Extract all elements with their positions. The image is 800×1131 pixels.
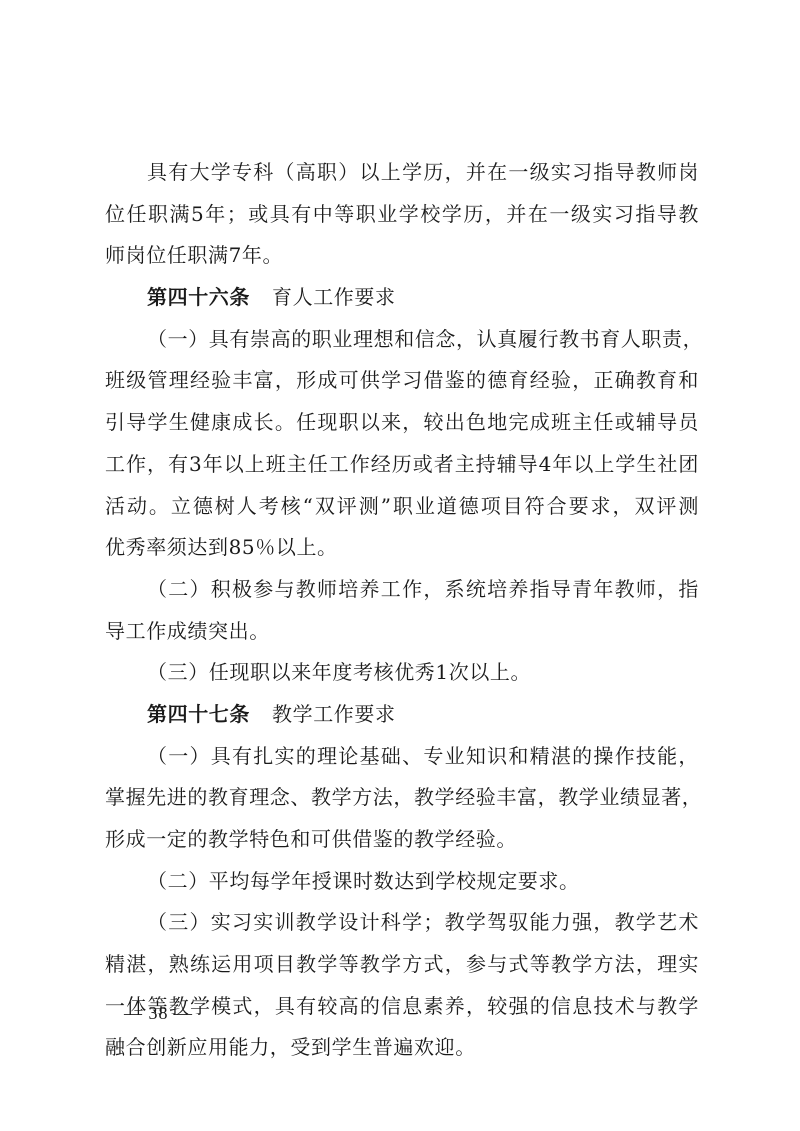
paragraph-line: 形成一定的教学特色和可供借鉴的教学经验。 xyxy=(105,819,699,861)
paragraph-line: 引导学生健康成长。任现职以来，较出色地完成班主任或辅导员 xyxy=(105,402,699,444)
paragraph-line: 活动。立德树人考核“双评测”职业道德项目符合要求，双评测 xyxy=(105,486,699,528)
article-number: 第四十六条 xyxy=(147,285,250,309)
article-heading: 第四十七条教学工作要求 xyxy=(105,694,699,736)
paragraph-line: 导工作成绩突出。 xyxy=(105,611,699,653)
paragraph-line: 一体等教学模式，具有较高的信息素养，较强的信息技术与教学 xyxy=(105,986,699,1028)
paragraph-line: 班级管理经验丰富，形成可供学习借鉴的德育经验，正确教育和 xyxy=(105,360,699,402)
paragraph-line: 融合创新应用能力，受到学生普遍欢迎。 xyxy=(105,1027,699,1069)
paragraph-line: （三）实习实训教学设计科学；教学驾驭能力强，教学艺术 xyxy=(105,902,699,944)
paragraph-line: （二）积极参与教师培养工作，系统培养指导青年教师，指 xyxy=(105,569,699,611)
page-number: — 38 — xyxy=(124,1003,193,1024)
paragraph-line: 师岗位任职满7年。 xyxy=(105,235,699,277)
document-body: 具有大学专科（高职）以上学历，并在一级实习指导教师岗 位任职满5年；或具有中等职… xyxy=(105,152,699,1069)
paragraph-line: 精湛，熟练运用项目教学等教学方式，参与式等教学方法，理实 xyxy=(105,944,699,986)
paragraph-line: （三）任现职以来年度考核优秀1次以上。 xyxy=(105,652,699,694)
article-heading: 第四十六条育人工作要求 xyxy=(105,277,699,319)
paragraph-line: 工作，有3年以上班主任工作经历或者主持辅导4年以上学生社团 xyxy=(105,444,699,486)
article-title: 教学工作要求 xyxy=(272,702,396,726)
paragraph-line: 掌握先进的教育理念、教学方法，教学经验丰富，教学业绩显著， xyxy=(105,777,699,819)
paragraph-line: （一）具有扎实的理论基础、专业知识和精湛的操作技能， xyxy=(105,736,699,778)
paragraph-line: 位任职满5年；或具有中等职业学校学历，并在一级实习指导教 xyxy=(105,194,699,236)
paragraph-line: （二）平均每学年授课时数达到学校规定要求。 xyxy=(105,861,699,903)
paragraph-line: 具有大学专科（高职）以上学历，并在一级实习指导教师岗 xyxy=(105,152,699,194)
paragraph-line: 优秀率须达到85％以上。 xyxy=(105,527,699,569)
article-title: 育人工作要求 xyxy=(272,285,396,309)
paragraph-line: （一）具有崇高的职业理想和信念，认真履行教书育人职责， xyxy=(105,319,699,361)
article-number: 第四十七条 xyxy=(147,702,250,726)
